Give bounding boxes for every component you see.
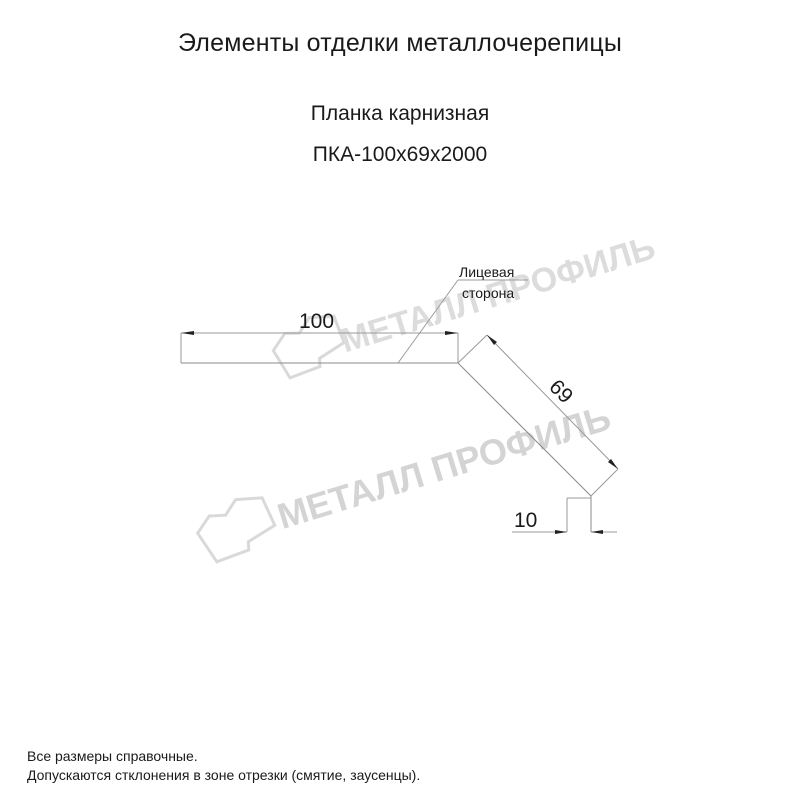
arrow-drip-left-icon <box>555 530 567 534</box>
face-side-label-2: сторона <box>462 285 514 301</box>
technical-drawing: МЕТАЛЛ ПРОФИЛЬ МЕТАЛЛ ПРОФИЛЬ 100 Лицева… <box>0 0 800 800</box>
roof-logo-icon <box>192 491 280 565</box>
watermark-text-lower: МЕТАЛЛ ПРОФИЛЬ <box>273 397 616 537</box>
watermark-lower: МЕТАЛЛ ПРОФИЛЬ <box>192 388 617 565</box>
arrow-slope-top-icon <box>487 335 497 345</box>
dimension-100-label: 100 <box>299 310 334 333</box>
dimension-10-label: 10 <box>514 509 537 532</box>
arrow-drip-right-icon <box>591 530 603 534</box>
arrow-slope-bottom-icon <box>608 459 618 469</box>
dimension-69-label: 69 <box>544 375 577 408</box>
arrow-left-icon <box>181 331 194 335</box>
face-side-label-1: Лицевая <box>459 264 514 280</box>
note-reference-dimensions: Все размеры справочные. <box>27 748 198 764</box>
arrow-right-icon <box>445 331 458 335</box>
note-tolerance: Допускаются стклонения в зоне отрезки (с… <box>27 767 420 783</box>
